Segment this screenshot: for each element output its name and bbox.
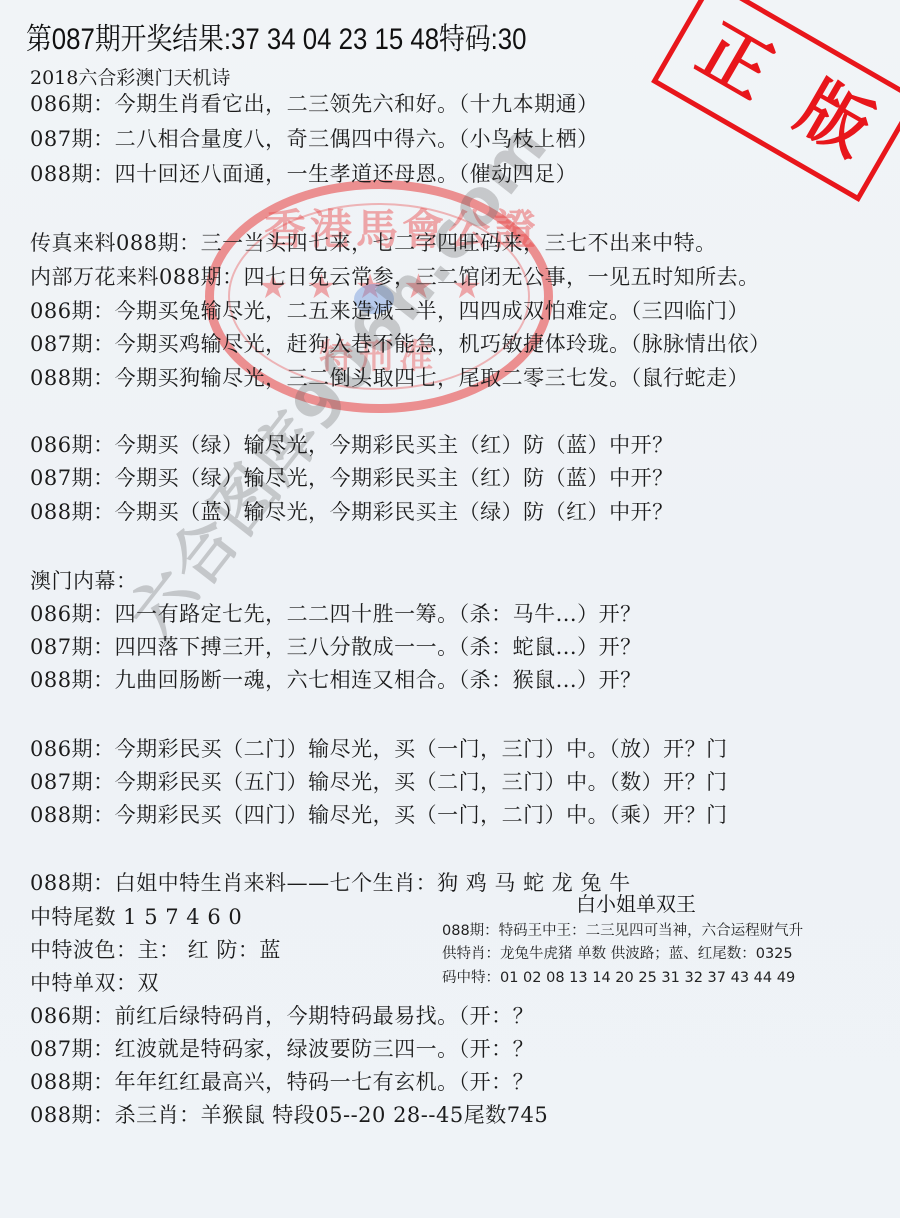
wave-color-line: 中特波色：主： 红 防：蓝 [30,937,281,963]
door-line: 087期：今期彩民买（五门）输尽光，买（二门，三门）中。（数）开？门 [30,769,728,795]
odd-even-line: 中特单双：双 [30,970,159,996]
red-green-line: 086期：前红后绿特码肖，今期特码最易找。（开：？ [30,1003,598,1029]
fax-line: 传真来料088期：三一当头四七来，七二字四旺码来，三七不出来中特。 [30,230,717,256]
door-line: 086期：今期彩民买（二门）输尽光，买（一门，三门）中。（放）开？门 [30,736,728,762]
poem-line: 087期：二八相合量度八，奇三偶四中得六。（小鸟枝上栖） [30,126,599,152]
genuine-edition-stamp: 正 版 [651,0,900,202]
fax-line: 086期：今期买兔输尽光，二五来造减一半，四四成双怕难定。（三四临门） [30,298,749,324]
macau-inside-line: 087期：四四落下搏三开，三八分散成一一。（杀：蛇鼠...）开？ [30,634,642,660]
box-line: 码中特：01 02 08 13 14 20 25 31 32 37 43 44 … [442,969,795,987]
stamp-char-ban: 版 [784,67,885,171]
bai-jie-zodiac-line: 088期：白姐中特生肖来料——七个生肖：狗 鸡 马 蛇 龙 兔 牛 [30,870,631,896]
poem-line: 088期：四十回还八面通，一生孝道还母恩。（催动四足） [30,161,577,187]
box-title: 白小姐单双王 [576,892,696,916]
stamp-char-zheng: 正 [685,9,786,113]
macau-inside-line: 088期：九曲回肠断一魂，六七相连又相合。（杀：猴鼠...）开？ [30,667,642,693]
tail-numbers-line: 中特尾数 1 5 7 4 6 0 [30,904,242,930]
draw-result-title: 第087期开奖结果:37 34 04 23 15 48特码:30 [26,22,527,58]
lottery-document: 香港馬會公證 ★★★★★ 特刑准 六合图库906h.com 正 版 第087期开… [0,0,900,1218]
box-line: 088期：特码王中王：二三见四可当神，六合运程财气升 [442,922,803,940]
fax-line: 087期：今期买鸡输尽光，赶狗入巷不能急，机巧敏捷体玲珑。（脉脉情出依） [30,331,771,357]
macau-inside-title: 澳门内幕： [30,568,138,594]
door-line: 088期：今期彩民买（四门）输尽光，买（一门，二门）中。（乘）开？门 [30,802,728,828]
poem-section-title: 2018六合彩澳门天机诗 [30,66,230,90]
red-green-line: 087期：红波就是特码家，绿波要防三四一。（开：？ [30,1036,598,1062]
fax-line: 内部万花来料088期：四七日免云常参，三二馆闭无公事，一见五时知所去。 [30,264,760,290]
poem-line: 086期：今期生肖看它出，二三领先六和好。（十九本期通） [30,91,599,117]
red-green-line: 088期：年年红红最高兴，特码一七有玄机。（开：？ [30,1069,598,1095]
color-wave-line: 088期：今期买（蓝）输尽光，今期彩民买主（绿）防（红）中开？ [30,499,674,525]
kill-three-zodiac-line: 088期：杀三肖：羊猴鼠 特段05--20 28--45尾数745 [30,1102,598,1128]
color-wave-line: 087期：今期买（绿）输尽光，今期彩民买主（红）防（蓝）中开？ [30,465,674,491]
fax-line: 088期：今期买狗输尽光，三二倒头取四七，尾取二零三七发。（鼠行蛇走） [30,365,749,391]
box-line: 供特肖：龙兔牛虎猪 单数 供波路；蓝、红尾数：0325 [442,945,793,963]
macau-inside-line: 086期：四一有路定七先，二二四十胜一筹。（杀：马牛...）开？ [30,601,642,627]
color-wave-line: 086期：今期买（绿）输尽光，今期彩民买主（红）防（蓝）中开？ [30,432,674,458]
